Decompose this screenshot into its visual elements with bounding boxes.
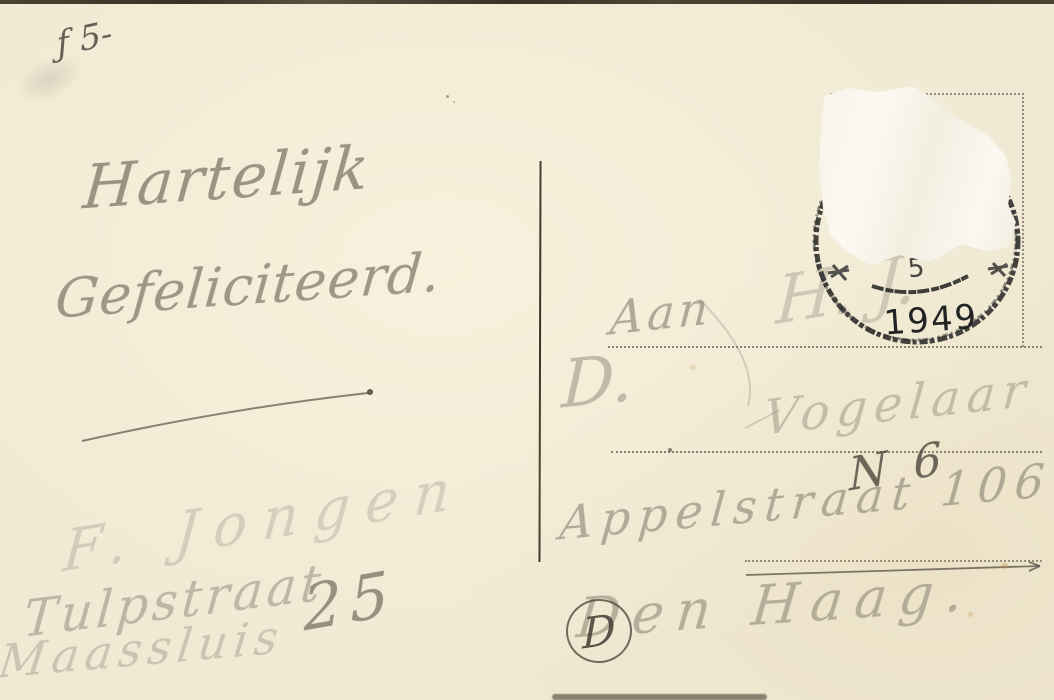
scan-top-edge: [0, 0, 1054, 4]
speckle: [668, 448, 672, 452]
speckle: [453, 101, 455, 103]
foxing-spot: [690, 365, 696, 370]
postcard-back: ƒ 5- Hartelijk Gefeliciteerd. Aan H. J. …: [0, 0, 1054, 700]
speckle: [446, 95, 449, 98]
street-underline: [746, 566, 1040, 575]
postmark-right-mark: [988, 263, 1008, 276]
underline-end-dot: [367, 389, 373, 395]
flourish-stroke: [700, 300, 780, 428]
scan-bottom-smudge: [552, 694, 767, 700]
foxing-spot: [1001, 563, 1008, 569]
foxing-spot: [968, 612, 973, 617]
postmark-year: 1949: [882, 297, 979, 343]
postmark-left-mark: [828, 265, 849, 280]
